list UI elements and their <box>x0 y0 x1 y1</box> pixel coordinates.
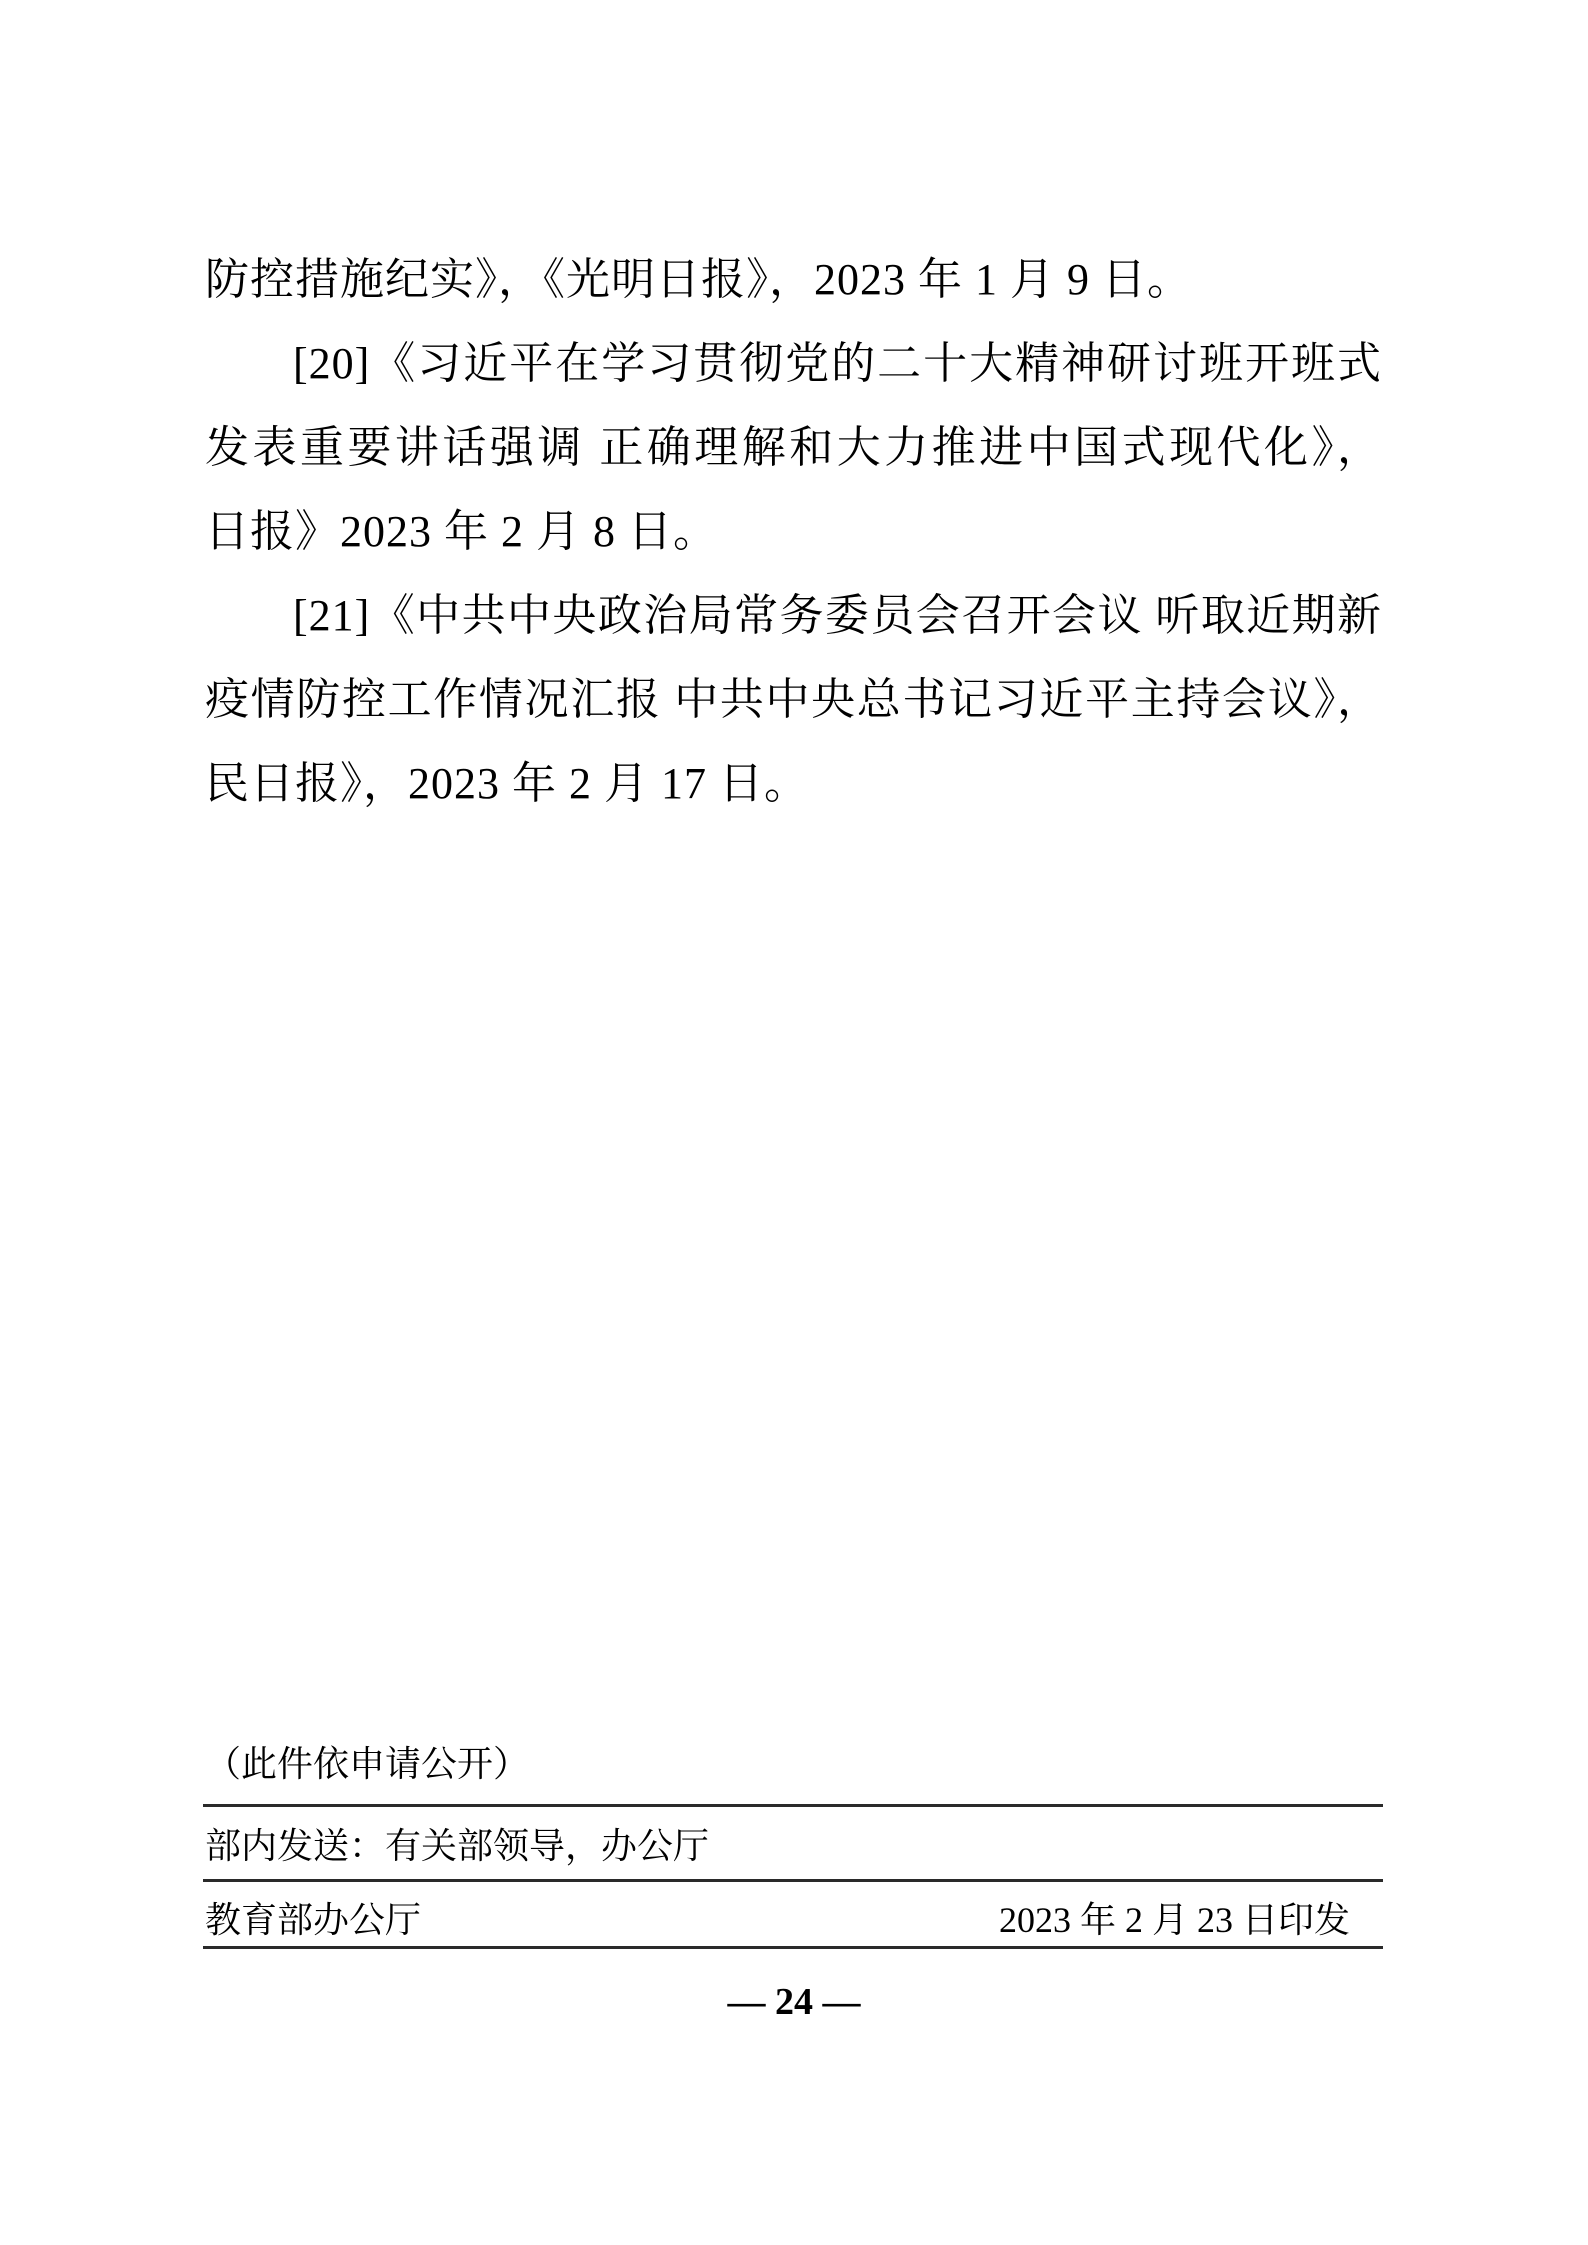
issue-row: 教育部办公厅 2023 年 2 月 23 日印发 <box>205 1898 1382 1942</box>
print-date: 2023 年 2 月 23 日印发 <box>999 1898 1382 1942</box>
page-number: — 24 — <box>0 1980 1588 2024</box>
reference-line-6: 疫情防控工作情况汇报 中共中央总书记习近平主持会议》，《人 <box>205 658 1382 742</box>
distribution-note: 部内发送：有关部领导，办公厅 <box>205 1824 709 1868</box>
divider-top <box>203 1804 1383 1807</box>
reference-line-3: 发表重要讲话强调 正确理解和大力推进中国式现代化》，《人民 <box>205 406 1382 490</box>
reference-line-4: 日报》2023 年 2 月 8 日。 <box>205 490 1382 574</box>
divider-middle <box>203 1879 1383 1882</box>
reference-line-2: [20]《习近平在学习贯彻党的二十大精神研讨班开班式上 <box>205 322 1382 406</box>
issuing-office: 教育部办公厅 <box>205 1898 421 1942</box>
reference-line-5: [21]《中共中央政治局常务委员会召开会议 听取近期新冠 <box>205 574 1382 658</box>
document-page: 防控措施纪实》，《光明日报》，2023 年 1 月 9 日。 [20]《习近平在… <box>0 0 1588 2245</box>
references-section: 防控措施纪实》，《光明日报》，2023 年 1 月 9 日。 [20]《习近平在… <box>205 238 1382 826</box>
divider-bottom <box>203 1946 1383 1949</box>
reference-line-7: 民日报》，2023 年 2 月 17 日。 <box>205 742 1382 826</box>
reference-line-1: 防控措施纪实》，《光明日报》，2023 年 1 月 9 日。 <box>205 238 1382 322</box>
disclosure-note: （此件依申请公开） <box>205 1742 529 1786</box>
